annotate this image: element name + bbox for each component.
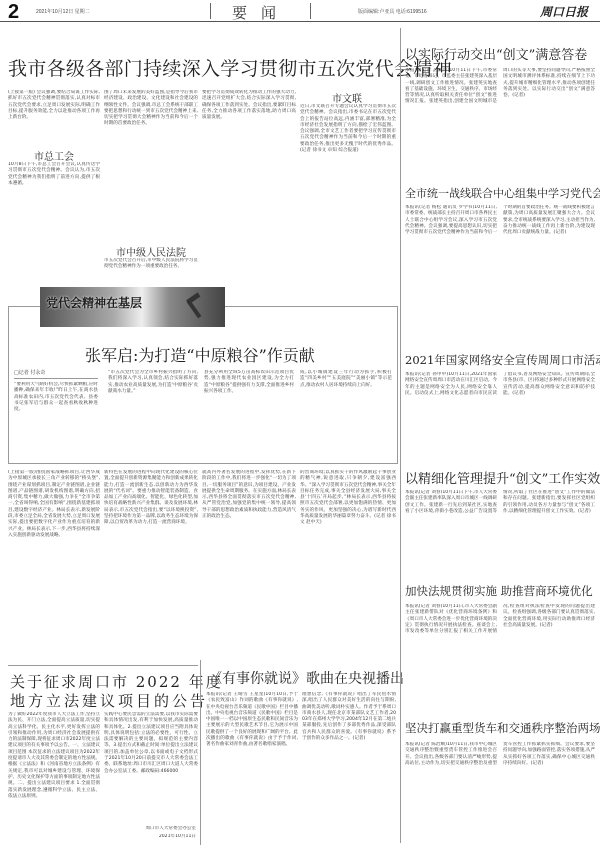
right-article-text: 本报讯(记者 吕西奇)10月11日下午,市委常委、市纪委书记、市监委主任张建英深… bbox=[405, 68, 595, 178]
feature-column: “要利用天气晴好机会,尽快抓紧晒粮,应时播种,确保来年丰收!”昨日上午,在商水县… bbox=[14, 382, 98, 460]
right-headline: 以实际行动交出“创文”满意答卷 bbox=[405, 44, 587, 63]
paper-logo: 周口日报 bbox=[540, 3, 588, 20]
subsection-text: 10月8日下午,市总工会召开会议,认真传达学习贯彻市五次党代会精神。会议认为,市… bbox=[8, 162, 100, 218]
banner-label: 党代会精神在基层 bbox=[46, 294, 142, 311]
feature-headline: 张军启:为打造“中原粮谷”作贡献 bbox=[85, 343, 315, 366]
column-divider bbox=[200, 660, 201, 845]
masthead-divider bbox=[310, 3, 311, 19]
subsection-title: 市中级人民法院 bbox=[104, 244, 198, 259]
song-headline: 《有事你就说》歌曲在央视播出 bbox=[208, 668, 404, 688]
issue-date: 2021年10月12日 星期二 bbox=[36, 8, 90, 15]
continued-column: 新特色在发展的进程中向现代化建设的核心位置,全面提升创新资源集聚能力和创新成果转… bbox=[104, 470, 198, 648]
feature-column: 县充分利用全域5万亩高标农田示范项目优势,强力推进现代农业园区建设,为全力打造“… bbox=[204, 370, 294, 460]
right-headline: 以精细化管理提升“创文”工作实效 bbox=[405, 468, 600, 487]
editor-info: 版面编辑:卢亚具 电话:6199516 bbox=[358, 8, 427, 15]
right-article-text: 本报讯(记者 杨松 通讯员 罗学书)10月11日,市委常委、统战部长主持召开周口… bbox=[405, 205, 595, 345]
notice-headline-line2: 地方立法建议项目的公告 bbox=[10, 690, 208, 711]
feature-column: “市五次党代会为全市乡村振兴指明了方向,我们将深入学习,认真领会,结合实际抓好落… bbox=[108, 370, 198, 460]
subsection-text: 近日,市文联召开专题会议认真学习贯彻市五次党代会精神。会议指出,市委书记在市五次… bbox=[300, 104, 396, 272]
right-article-text: 本报讯(记者 刘春)10月11日下午,市人大常委会副主任张建新率队深入周口市城区… bbox=[405, 490, 595, 576]
continued-column: 的营商环境;以真抓实干的作风激励起干事创业的精气神,锐意进取,只争朝夕,建设富强… bbox=[300, 470, 396, 648]
notice-signature-org: 周口市人大常委会办公室 bbox=[104, 826, 196, 833]
song-column: 本报讯(记者 王晴雪 王星星)10月10日,予于《农民致富山》作词的歌曲《有事你… bbox=[206, 692, 298, 842]
notice-signature-date: 2021年10月11日 bbox=[104, 834, 196, 841]
byline-rule bbox=[14, 378, 98, 379]
notice-headline-line1: 关于征求周口市 2022 年度 bbox=[10, 671, 223, 692]
right-headline: 2021年国家网络安全宣传周周口市活动启动 bbox=[405, 352, 600, 368]
continued-column: (上接第一版)围绕国家战略抓项目,让西华成为中原城区承接长三角产业转移的“桥头堡… bbox=[8, 470, 100, 648]
page-number: 2 bbox=[8, 1, 19, 24]
main-headline: 我市各级各部门持续深入学习贯彻市五次党代会精神 bbox=[8, 54, 452, 81]
main-article-column: 要把学习贯彻成效转化为推动工作的强大动力,迅速召开党组扩大会,结合实际深入学习贯… bbox=[202, 90, 296, 270]
notice-column: 为了做好2022年度我市人大立法工作,坚持立法为民、开门立法,全面提高立法质量,… bbox=[8, 712, 100, 844]
notice-top-rule bbox=[8, 665, 198, 666]
right-column-divider bbox=[400, 28, 401, 843]
masthead-divider bbox=[210, 3, 211, 19]
subsection-title: 市总工会 bbox=[8, 148, 100, 163]
right-headline: 全市统一战线联合中心组集中学习党代会精神 bbox=[405, 185, 600, 201]
subsection-title: 市文联 bbox=[300, 90, 394, 105]
continued-column: 就高内外著名发展的进程中,发挥优势,在新下阶段的工作中,我们将进一步强化“一切为… bbox=[202, 470, 296, 648]
section-title: 要闻 bbox=[232, 2, 290, 23]
main-article-intro: (上接第一版) 会议强调,要结合局谋工作实际,抓好市五次党代会精神贯彻落实,认真… bbox=[8, 90, 100, 146]
song-column: 理想信念,《有事你就说》唱出了军民鱼水情深,唱出了人民群众对美好生活的向往与期盼… bbox=[302, 692, 396, 842]
right-headline: 坚决打赢重型货车和交通秩序整治两场硬仗 bbox=[405, 720, 600, 736]
masthead bbox=[0, 0, 600, 22]
feature-column: 成,以小城镇建设三年行动为抓手,积极打造“四美乡村”“五美庭院”“美丽小镇”等示… bbox=[300, 370, 392, 460]
right-headline: 加快法规贯彻实施 助推营商环境优化 bbox=[405, 583, 593, 599]
notice-column: 实践中心要民急需的立法需要,以我市实际需要和具体情况出发,有利于加快发展,高质量… bbox=[104, 712, 198, 824]
byline: □记者 付永奇 bbox=[14, 369, 45, 376]
right-article-text: 本报讯(记者 刘春)10月11日,市人大常委会副主任张建新带队对《优化营商环境条… bbox=[405, 604, 595, 712]
subsection-text: 市五次党代会召开后,市中级人民法院将学习贯彻党代会精神作为一项重要政治任务。 bbox=[104, 258, 198, 272]
right-article-text: 本报讯(记者 陈治顺)10月11日,我市中心城区交通秩序整治暨重型货车管控工作推… bbox=[405, 742, 595, 844]
main-article-column: 围了周口未来发展的美好蓝图,是指导今后我市经济建设、政治建设、文化建设和社会建设… bbox=[104, 90, 198, 240]
right-article-text: 本报讯(记者 孙申申)10月11日,2021年国家网络安全宣传周周口市活动在川汇… bbox=[405, 372, 595, 462]
